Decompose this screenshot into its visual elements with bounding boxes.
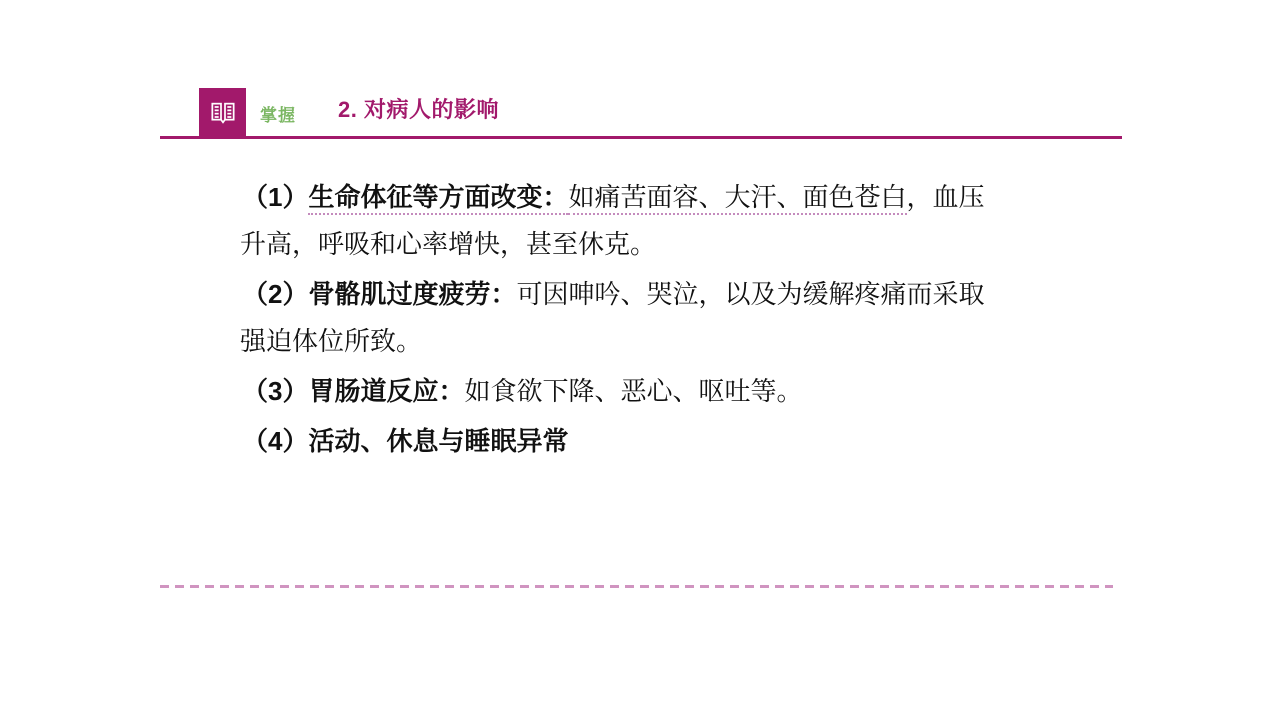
slide: 掌握 2. 对病人的影响 （1）生命体征等方面改变：如痛苦面容、大汗、面色苍白，… (0, 0, 1280, 720)
page-title: 2. 对病人的影响 (338, 93, 499, 124)
text-segment-underlined: 如痛苦面容、大汗、面色苍白 (568, 182, 906, 215)
text-segment: （3） (242, 376, 308, 406)
text-segment: 可因呻吟、哭泣，以及为缓解疼痛而采取 (516, 279, 984, 309)
chapter-badge (199, 88, 246, 138)
text-segment: 活动、休息与睡眠异常 (308, 426, 568, 456)
paragraph-4-line-1: （4）活动、休息与睡眠异常 (240, 418, 1032, 465)
text-segment: （2） (242, 279, 308, 309)
paragraph-2-line-1: （2）骨骼肌过度疲劳：可因呻吟、哭泣，以及为缓解疼痛而采取 (240, 271, 1032, 318)
paragraph-3-line-1: （3）胃肠道反应：如食欲下降、恶心、呕吐等。 (240, 368, 1032, 415)
text-segment: 骨骼肌过度疲劳： (308, 279, 516, 309)
text-segment: 强迫体位所致。 (240, 326, 422, 356)
text-segment-underlined: 生命体征等方面改变： (308, 182, 568, 215)
paragraph-2-line-2: 强迫体位所致。 (240, 318, 1032, 365)
text-segment: （4） (242, 426, 308, 456)
open-book-icon (207, 97, 239, 129)
mastery-level-label: 掌握 (260, 101, 296, 126)
header-divider (160, 136, 1122, 139)
text-segment: （1） (242, 182, 308, 212)
paragraph-1-line-2: 升高，呼吸和心率增快，甚至休克。 (240, 221, 1032, 268)
paragraph-1-line-1: （1）生命体征等方面改变：如痛苦面容、大汗、面色苍白，血压 (240, 174, 1032, 221)
text-segment: ，血压 (907, 182, 985, 212)
bottom-dashed-divider (160, 585, 1113, 588)
text-segment: 胃肠道反应： (308, 376, 464, 406)
text-segment: 如食欲下降、恶心、呕吐等。 (464, 376, 802, 406)
body-text: （1）生命体征等方面改变：如痛苦面容、大汗、面色苍白，血压 升高，呼吸和心率增快… (240, 174, 1032, 465)
text-segment: 升高，呼吸和心率增快，甚至休克。 (240, 229, 656, 259)
